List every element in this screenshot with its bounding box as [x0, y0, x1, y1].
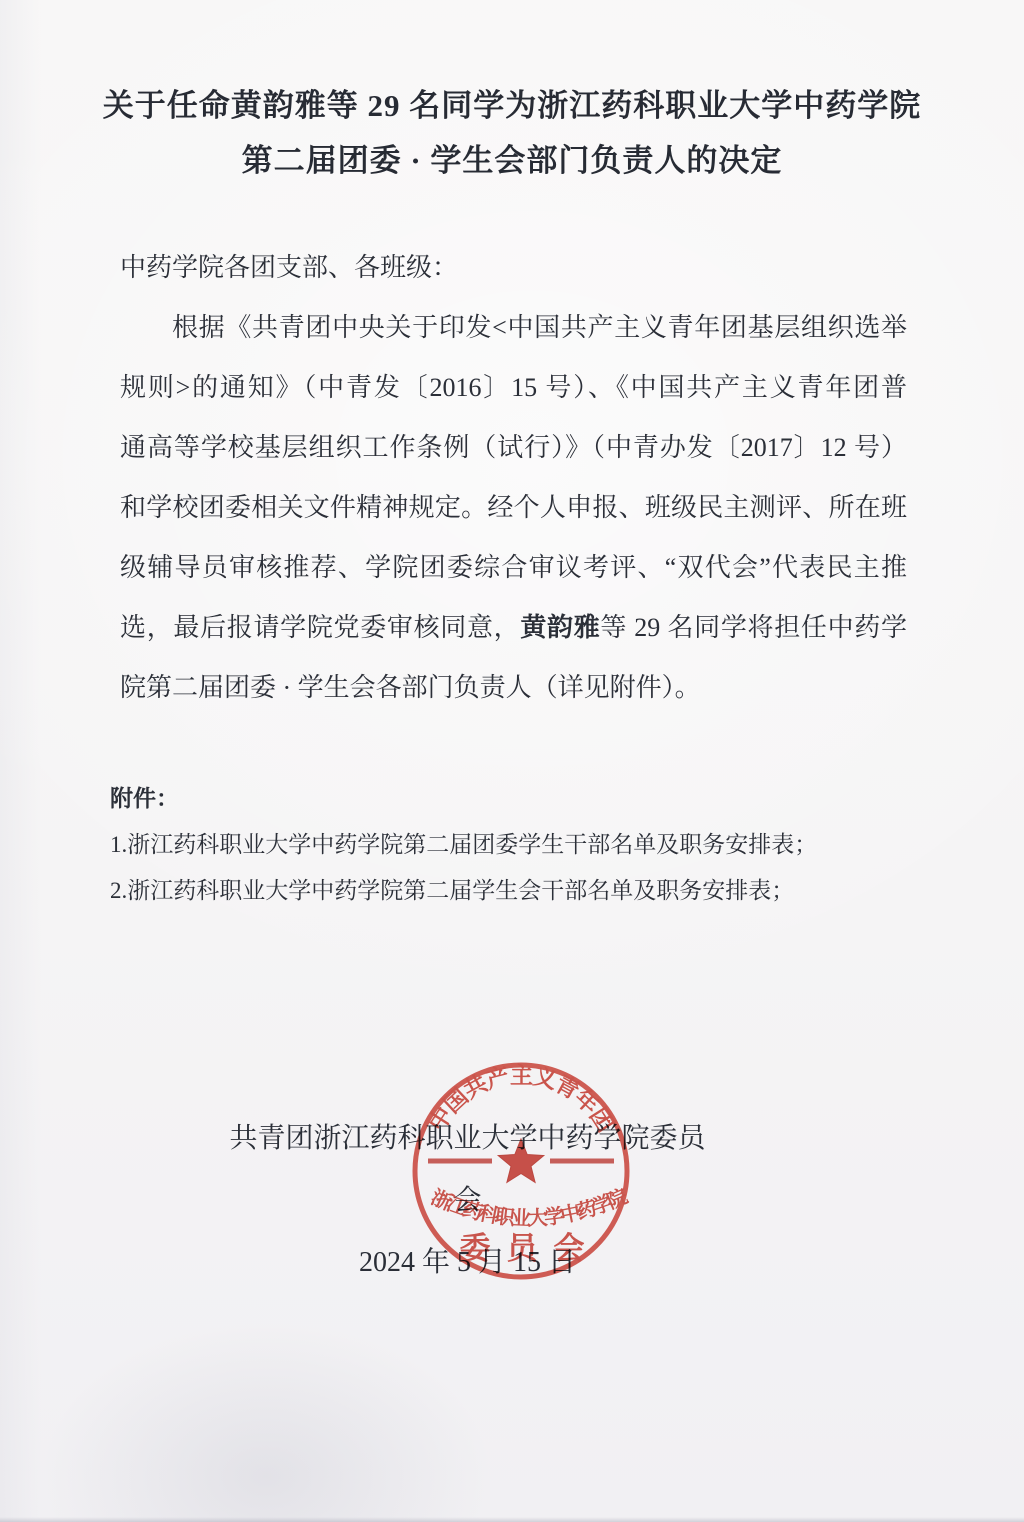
title-line-1: 关于任命黄韵雅等 29 名同学为浙江药科职业大学中药学院: [0, 78, 1024, 133]
body-line-post: 等 29 名同学将担任中药学: [600, 613, 907, 642]
appointee-name: 黄韵雅: [520, 613, 600, 642]
attachments-label: 附件：: [110, 776, 922, 822]
attachment-item: 2.浙江药科职业大学中药学院第二届学生会干部名单及职务安排表；: [110, 868, 922, 914]
body-line-pre: 选，最后报请学院党委审核同意，: [120, 613, 520, 642]
title-line-2: 第二届团委 · 学生会部门负责人的决定: [0, 133, 1024, 188]
body-line: 和学校团委相关文件精神规定。经个人申报、班级民主测评、所在班: [120, 478, 907, 538]
issuing-organization: 共青团浙江药科职业大学中药学院委员会: [225, 1108, 710, 1232]
document-page: 关于任命黄韵雅等 29 名同学为浙江药科职业大学中药学院 第二届团委 · 学生会…: [0, 0, 1024, 1522]
issue-date: 2024 年 5 月 15 日: [225, 1232, 710, 1294]
salutation: 中药学院各团支部、各班级：: [120, 238, 907, 298]
document-title: 关于任命黄韵雅等 29 名同学为浙江药科职业大学中药学院 第二届团委 · 学生会…: [0, 78, 1024, 188]
body-line: 通高等学校基层组织工作条例（试行）》（中青办发〔2017〕12 号）: [120, 418, 907, 478]
attachments-section: 附件： 1.浙江药科职业大学中药学院第二届团委学生干部名单及职务安排表； 2.浙…: [110, 776, 922, 914]
attachment-item: 1.浙江药科职业大学中药学院第二届团委学生干部名单及职务安排表；: [110, 822, 922, 868]
closing-block: 共青团浙江药科职业大学中药学院委员会 2024 年 5 月 15 日: [225, 1108, 710, 1294]
body-line: 院第二届团委 · 学生会各部门负责人（详见附件）。: [120, 658, 907, 718]
document-body: 中药学院各团支部、各班级： 根据《共青团中央关于印发<中国共产主义青年团基层组织…: [120, 238, 907, 718]
body-line: 规则>的通知》（中青发〔2016〕15 号）、《中国共产主义青年团普: [120, 358, 907, 418]
body-line: 根据《共青团中央关于印发<中国共产主义青年团基层组织选举: [120, 298, 907, 358]
body-line: 级辅导员审核推荐、学院团委综合审议考评、“双代会”代表民主推: [120, 538, 907, 598]
body-line-with-bold-name: 选，最后报请学院党委审核同意，黄韵雅等 29 名同学将担任中药学: [120, 598, 907, 658]
